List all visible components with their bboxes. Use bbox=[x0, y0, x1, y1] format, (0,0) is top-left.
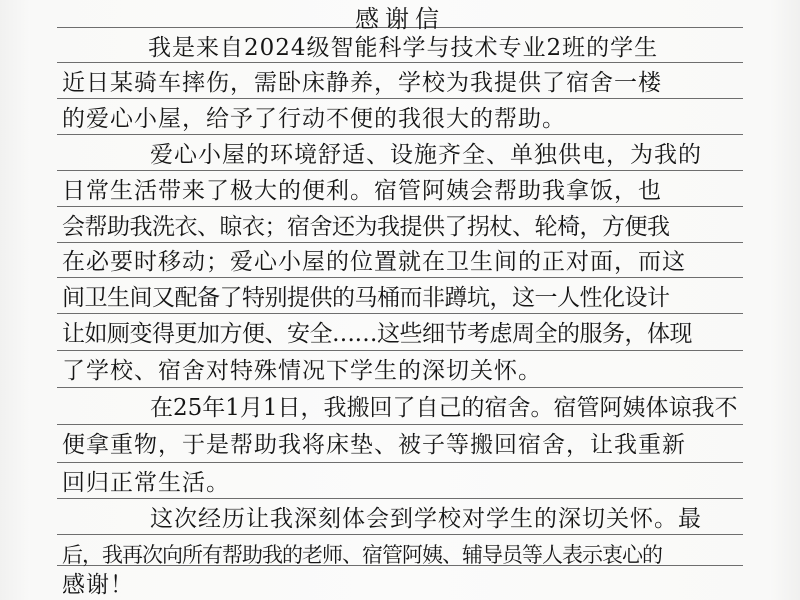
letter-line: 了学校、宿舍对特殊情况下学生的深切关怀。 bbox=[62, 356, 742, 386]
letter-title: 感谢信 bbox=[0, 0, 800, 34]
ruled-line bbox=[57, 170, 743, 171]
letter-line: 感谢！ bbox=[62, 570, 742, 600]
letter-line: 间卫生间又配备了特别提供的马桶而非蹲坑，这一人性化设计 bbox=[62, 283, 742, 313]
letter-line: 后，我再次向所有帮助我的老师、宿管阿姨、辅导员等人表示衷心的 bbox=[62, 540, 742, 570]
ruled-line bbox=[57, 350, 743, 351]
letter-line: 会帮助我洗衣、晾衣；宿舍还为我提供了拐杖、轮椅，方便我 bbox=[62, 212, 742, 242]
letter-line: 在必要时移动；爱心小屋的位置就在卫生间的正对面，而这 bbox=[62, 247, 742, 277]
ruled-line bbox=[57, 462, 743, 463]
letter-line: 日常生活带来了极大的便利。宿管阿姨会帮助我拿饭，也 bbox=[62, 176, 742, 206]
letter-paper: 感谢信 我是来自2024级智能科学与技术专业2班的学生 近日某骑车摔伤，需卧床静… bbox=[0, 0, 800, 600]
letter-line: 便拿重物，于是帮助我将床垫、被子等搬回宿舍，让我重新 bbox=[62, 430, 742, 460]
ruled-line bbox=[57, 277, 743, 278]
ruled-line bbox=[57, 534, 743, 535]
ruled-line bbox=[57, 242, 743, 243]
letter-line: 回归正常生活。 bbox=[62, 468, 742, 498]
ruled-line bbox=[57, 98, 743, 99]
letter-line: 在25年1月1日，我搬回了自己的宿舍。宿管阿姨体谅我不 bbox=[62, 393, 800, 423]
letter-line: 让如厕变得更加方便、安全……这些细节考虑周全的服务，体现 bbox=[62, 319, 742, 349]
letter-line: 这次经历让我深刻体会到学校对学生的深切关怀。最 bbox=[62, 504, 800, 534]
ruled-line bbox=[57, 313, 743, 314]
ruled-line bbox=[57, 387, 743, 388]
ruled-line bbox=[57, 498, 743, 499]
letter-line: 的爱心小屋，给予了行动不便的我很大的帮助。 bbox=[62, 104, 742, 134]
letter-line: 爱心小屋的环境舒适、设施齐全、单独供电，为我的 bbox=[62, 140, 800, 170]
letter-line: 近日某骑车摔伤，需卧床静养，学校为我提供了宿舍一楼 bbox=[62, 68, 742, 98]
ruled-line bbox=[57, 424, 743, 425]
letter-line: 我是来自2024级智能科学与技术专业2班的学生 bbox=[62, 33, 800, 63]
ruled-line bbox=[57, 134, 743, 135]
ruled-line bbox=[57, 206, 743, 207]
